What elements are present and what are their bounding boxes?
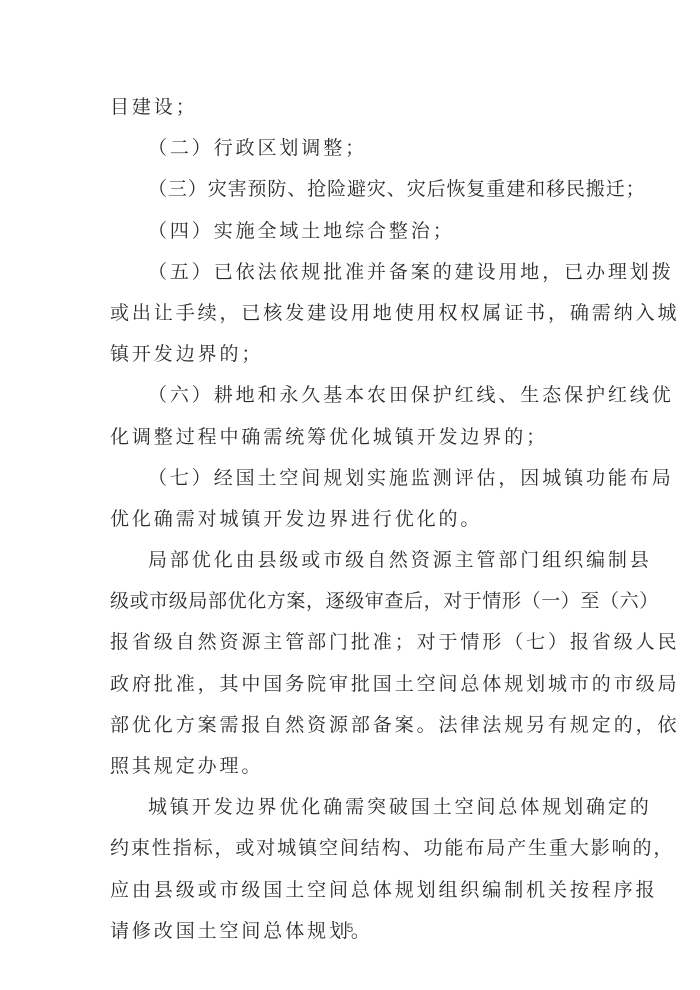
text-line: 部优化方案需报自然资源部备案。法律法规另有规定的，依 xyxy=(110,705,594,746)
text-line: 优化确需对城镇开发边界进行优化的。 xyxy=(110,499,594,540)
list-item-3: （三）灾害预防、抢险避灾、灾后恢复重建和移民搬迁； xyxy=(110,169,594,210)
text-line: 级或市级局部优化方案，逐级审查后，对于情形（一）至（六） xyxy=(110,581,594,622)
text-line: 应由县级或市级国土空间总体规划组织编制机关按程序报 xyxy=(110,870,594,911)
list-item-6: （六）耕地和永久基本农田保护红线、生态保护红线优 xyxy=(110,375,594,416)
text-line: 镇开发边界的； xyxy=(110,334,594,375)
text-line: 政府批准，其中国务院审批国土空间总体规划城市的市级局 xyxy=(110,664,594,705)
text-line: 约束性指标，或对城镇空间结构、功能布局产生重大影响的， xyxy=(110,828,594,869)
paragraph-start: 城镇开发边界优化确需突破国土空间总体规划确定的 xyxy=(110,787,594,828)
text-line: 目建设； xyxy=(110,87,594,128)
list-item-4: （四）实施全域土地综合整治； xyxy=(110,211,594,252)
document-body: 目建设； （二）行政区划调整； （三）灾害预防、抢险避灾、灾后恢复重建和移民搬迁… xyxy=(110,87,594,952)
text-line: 报省级自然资源主管部门批准；对于情形（七）报省级人民 xyxy=(110,622,594,663)
list-item-7: （七）经国土空间规划实施监测评估，因城镇功能布局 xyxy=(110,458,594,499)
text-line: 化调整过程中确需统筹优化城镇开发边界的； xyxy=(110,417,594,458)
text-line: 照其规定办理。 xyxy=(110,746,594,787)
list-item-5: （五）已依法依规批准并备案的建设用地，已办理划拨 xyxy=(110,252,594,293)
text-line: 或出让手续，已核发建设用地使用权权属证书，确需纳入城 xyxy=(110,293,594,334)
list-item-2: （二）行政区划调整； xyxy=(110,128,594,169)
page-number: 5 xyxy=(0,921,700,935)
paragraph-start: 局部优化由县级或市级自然资源主管部门组织编制县 xyxy=(110,540,594,581)
